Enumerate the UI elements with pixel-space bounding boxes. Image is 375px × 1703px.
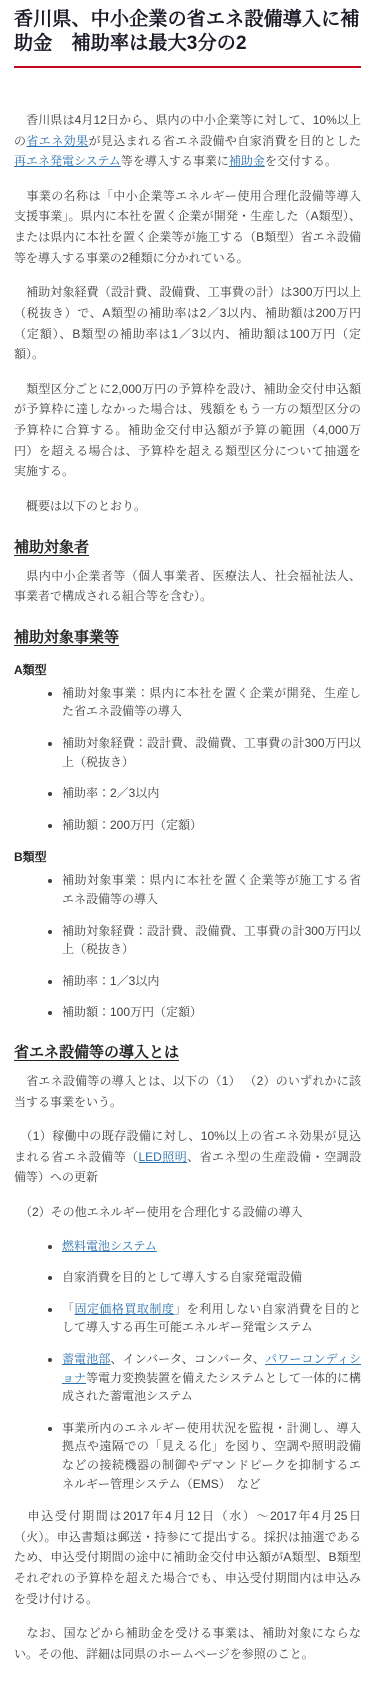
text-run: 申込受付期間は2017年4月12日（水）～2017年4月25日（火）。申込書類は… bbox=[14, 1509, 361, 1606]
inline-link[interactable]: 省エネ効果 bbox=[26, 134, 88, 148]
paragraph: 県内中小企業者等（個人事業者、医療法人、社会福祉法人、事業者で構成される組合等を… bbox=[14, 566, 361, 607]
paragraph: なお、国などから補助金を受ける事業は、補助対象にならない。その他、詳細は同県のホ… bbox=[14, 1623, 361, 1664]
list-item: 補助率：1／3以内 bbox=[62, 972, 361, 991]
section-heading: 補助対象事業等 bbox=[14, 626, 361, 647]
subsection-heading: A類型 bbox=[14, 661, 361, 678]
text-run: 概要は以下のとおり。 bbox=[14, 499, 146, 513]
text-run: 補助額：100万円（定額） bbox=[62, 1005, 202, 1019]
list-item: 補助対象事業：県内に本社を置く企業等が施工する省エネ設備等の導入 bbox=[62, 871, 361, 908]
paragraph: 香川県は4月12日から、県内の中小企業等に対して、10%以上の省エネ効果が見込ま… bbox=[14, 110, 361, 172]
inline-link[interactable]: 補助金 bbox=[229, 154, 265, 168]
text-run: なお、国などから補助金を受ける事業は、補助対象にならない。その他、詳細は同県のホ… bbox=[14, 1626, 361, 1661]
paragraph: 省エネ設備等の導入とは、以下の（1） （2）のいずれかに該当する事業をいう。 bbox=[14, 1071, 361, 1112]
section-heading: 補助対象者 bbox=[14, 536, 361, 557]
text-run: 等を導入する事業に bbox=[121, 154, 229, 168]
inline-link[interactable]: 固定価格買取制度 bbox=[74, 1302, 174, 1316]
article-body: 香川県は4月12日から、県内の中小企業等に対して、10%以上の省エネ効果が見込ま… bbox=[14, 110, 361, 1665]
text-run: 補助率：2／3以内 bbox=[62, 786, 159, 800]
paragraph: 類型区分ごとに2,000万円の予算枠を設け、補助金交付申込額が予算枠に達しなかっ… bbox=[14, 379, 361, 482]
text-run: 、インバータ、コンバータ、 bbox=[111, 1352, 266, 1366]
text-run: 事業所内のエネルギー使用状況を監視・計測し、導入拠点や遠隔での「見える化」を図り… bbox=[62, 1421, 361, 1491]
inline-link[interactable]: LED照明 bbox=[138, 1150, 187, 1164]
inline-link[interactable]: 蓄電池部 bbox=[62, 1352, 111, 1366]
list-item: 燃料電池システム bbox=[62, 1237, 361, 1256]
subsection-heading: B類型 bbox=[14, 848, 361, 865]
text-run: 補助対象事業：県内に本社を置く企業が開発、生産した省エネ設備等の導入 bbox=[62, 686, 361, 719]
list-item: 補助対象経費：設計費、設備費、工事費の計300万円以上（税抜き） bbox=[62, 734, 361, 771]
title-divider bbox=[14, 66, 361, 68]
text-run: 省エネ設備等の導入とは、以下の（1） （2）のいずれかに該当する事業をいう。 bbox=[14, 1074, 361, 1109]
text-run: 補助対象経費：設計費、設備費、工事費の計300万円以上（税抜き） bbox=[62, 924, 361, 957]
list-item: 補助対象事業：県内に本社を置く企業が開発、生産した省エネ設備等の導入 bbox=[62, 684, 361, 721]
text-run: 自家消費を目的として導入する自家発電設備 bbox=[62, 1270, 302, 1284]
article-page: 香川県、中小企業の省エネ設備導入に補助金 補助率は最大3分の2 香川県は4月12… bbox=[0, 0, 375, 1703]
list-item: 補助額：100万円（定額） bbox=[62, 1003, 361, 1022]
text-run: 類型区分ごとに2,000万円の予算枠を設け、補助金交付申込額が予算枠に達しなかっ… bbox=[14, 382, 361, 479]
paragraph: 概要は以下のとおり。 bbox=[14, 496, 361, 517]
list-item: 蓄電池部、インバータ、コンバータ、パワーコンディショナ等電力変換装置を備えたシス… bbox=[62, 1350, 361, 1406]
text-run: を交付する。 bbox=[265, 154, 337, 168]
paragraph: （1）稼働中の既存設備に対し、10%以上の省エネ効果が見込まれる省エネ設備等（L… bbox=[14, 1126, 361, 1188]
text-run: 県内中小企業者等（個人事業者、医療法人、社会福祉法人、事業者で構成される組合等を… bbox=[14, 569, 361, 604]
text-run: 「 bbox=[62, 1302, 74, 1316]
paragraph: 事業の名称は「中小企業等エネルギー使用合理化設備等導入支援事業」。県内に本社を置… bbox=[14, 186, 361, 269]
bullet-list: 燃料電池システム自家消費を目的として導入する自家発電設備「固定価格買取制度」を利… bbox=[14, 1237, 361, 1494]
bullet-list: 補助対象事業：県内に本社を置く企業が開発、生産した省エネ設備等の導入補助対象経費… bbox=[14, 684, 361, 835]
paragraph: 申込受付期間は2017年4月12日（水）～2017年4月25日（火）。申込書類は… bbox=[14, 1506, 361, 1609]
paragraph: 補助対象経費（設計費、設備費、工事費の計）は300万円以上（税抜き）で、A類型の… bbox=[14, 282, 361, 365]
text-run: 補助対象経費（設計費、設備費、工事費の計）は300万円以上（税抜き）で、A類型の… bbox=[14, 285, 361, 361]
text-run: 補助対象事業：県内に本社を置く企業等が施工する省エネ設備等の導入 bbox=[62, 873, 361, 906]
text-run: 補助額：200万円（定額） bbox=[62, 818, 202, 832]
list-item: 自家消費を目的として導入する自家発電設備 bbox=[62, 1268, 361, 1287]
list-item: 補助額：200万円（定額） bbox=[62, 816, 361, 835]
paragraph: （2）その他エネルギー使用を合理化する設備の導入 bbox=[14, 1202, 361, 1223]
page-title: 香川県、中小企業の省エネ設備導入に補助金 補助率は最大3分の2 bbox=[14, 8, 361, 56]
list-item: 補助対象経費：設計費、設備費、工事費の計300万円以上（税抜き） bbox=[62, 922, 361, 959]
section-heading: 省エネ設備等の導入とは bbox=[14, 1041, 361, 1062]
bullet-list: 補助対象事業：県内に本社を置く企業等が施工する省エネ設備等の導入補助対象経費：設… bbox=[14, 871, 361, 1022]
text-run: が見込まれる省エネ設備や自家消費を目的とした bbox=[88, 134, 361, 148]
list-item: 事業所内のエネルギー使用状況を監視・計測し、導入拠点や遠隔での「見える化」を図り… bbox=[62, 1419, 361, 1493]
inline-link[interactable]: 燃料電池システム bbox=[62, 1239, 157, 1253]
text-run: 等電力変換装置を備えたシステムとして一体的に構成された蓄電池システム bbox=[62, 1371, 361, 1404]
list-item: 補助率：2／3以内 bbox=[62, 784, 361, 803]
inline-link[interactable]: 再エネ発電システム bbox=[14, 154, 121, 168]
text-run: 補助対象経費：設計費、設備費、工事費の計300万円以上（税抜き） bbox=[62, 736, 361, 769]
text-run: 事業の名称は「中小企業等エネルギー使用合理化設備等導入支援事業」。県内に本社を置… bbox=[14, 189, 361, 265]
list-item: 「固定価格買取制度」を利用しない自家消費を目的として導入する再生可能エネルギー発… bbox=[62, 1300, 361, 1337]
text-run: （2）その他エネルギー使用を合理化する設備の導入 bbox=[14, 1205, 303, 1219]
text-run: 補助率：1／3以内 bbox=[62, 974, 159, 988]
